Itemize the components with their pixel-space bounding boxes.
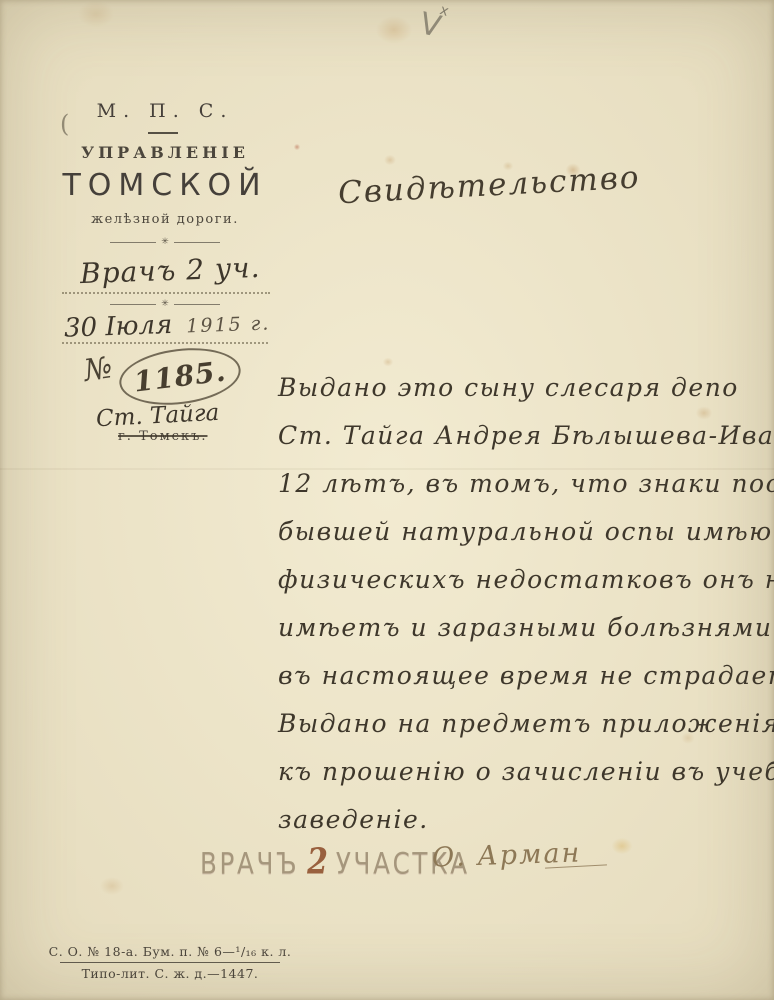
body-line: физическихъ недостатковъ онъ не bbox=[278, 558, 774, 606]
body-text: Выдано это сыну слесаря депо Ст. Тайга А… bbox=[278, 366, 774, 846]
department-title: УПРАВЛЕНІЕ bbox=[60, 143, 270, 162]
date-handwritten: 30 Іюля bbox=[64, 310, 173, 344]
date-year: 1915 г. bbox=[186, 312, 271, 337]
city-printed-struck: г. Томскъ. bbox=[118, 429, 208, 444]
pencil-check-mark: V bbox=[416, 6, 444, 45]
stamp-word-left: ВРАЧЪ bbox=[200, 846, 299, 881]
form-dotted-line bbox=[62, 292, 270, 294]
body-line: Выдано на предметъ приложенія bbox=[278, 702, 774, 750]
letterhead-rule bbox=[148, 132, 178, 134]
imprint-print-shop: Типо-лит. С. ж. д.—1447. bbox=[60, 962, 280, 981]
body-line: Выдано это сыну слесаря депо bbox=[278, 366, 774, 414]
railway-name: ТОМСКОЙ bbox=[50, 168, 280, 203]
form-dotted-line bbox=[62, 342, 268, 344]
numero-sign: № bbox=[82, 350, 115, 389]
doctor-signature: О. Арман bbox=[432, 837, 582, 873]
body-line: въ настоящее время не страдаетъ. bbox=[278, 654, 774, 702]
imprint-form-number: С. О. № 18-а. Бум. п. № 6—¹/₁₆ к. л. bbox=[48, 944, 292, 962]
ornament-glyph-icon: ✳ bbox=[161, 300, 169, 309]
ornament-line bbox=[110, 242, 156, 243]
date-line: 30 Іюля 1915 г. bbox=[64, 306, 275, 343]
document-number: 1185. bbox=[132, 354, 228, 398]
ornament-line bbox=[174, 242, 220, 243]
ornament-glyph-icon: ✳ bbox=[161, 238, 169, 247]
stamp-number-handwritten: 2 bbox=[307, 841, 328, 883]
body-line: имѣетъ и заразными болѣзнями bbox=[278, 606, 774, 654]
document-paper: x V ( М. П. С. УПРАВЛЕНІЕ ТОМСКОЙ желѣзн… bbox=[0, 0, 774, 1000]
document-title: Свидѣтельство bbox=[337, 161, 619, 212]
ornament-line bbox=[110, 304, 156, 305]
body-line: къ прошенію о зачисленіи въ учебное bbox=[278, 750, 774, 798]
station-handwritten: Ст. Тайга bbox=[95, 400, 219, 432]
body-line: 12 лѣтъ, въ томъ, что знаки послѣ bbox=[278, 462, 774, 510]
ornament-line bbox=[174, 304, 220, 305]
body-line: бывшей натуральной оспы имѣются, bbox=[278, 510, 774, 558]
ornament-divider-top: ✳ bbox=[110, 236, 220, 248]
railway-subtitle: желѣзной дороги. bbox=[60, 212, 270, 227]
printers-imprint: С. О. № 18-а. Бум. п. № 6—¹/₁₆ к. л. Тип… bbox=[48, 944, 292, 981]
body-line: Ст. Тайга Андрея Бѣлышева-Ивану, bbox=[278, 414, 774, 462]
doctor-position-handwritten: Врачъ 2 уч. bbox=[79, 251, 260, 290]
ministry-abbreviation: М. П. С. bbox=[65, 100, 265, 122]
doctor-district-stamp: ВРАЧЪ 2 УЧАСТКА bbox=[200, 841, 470, 883]
